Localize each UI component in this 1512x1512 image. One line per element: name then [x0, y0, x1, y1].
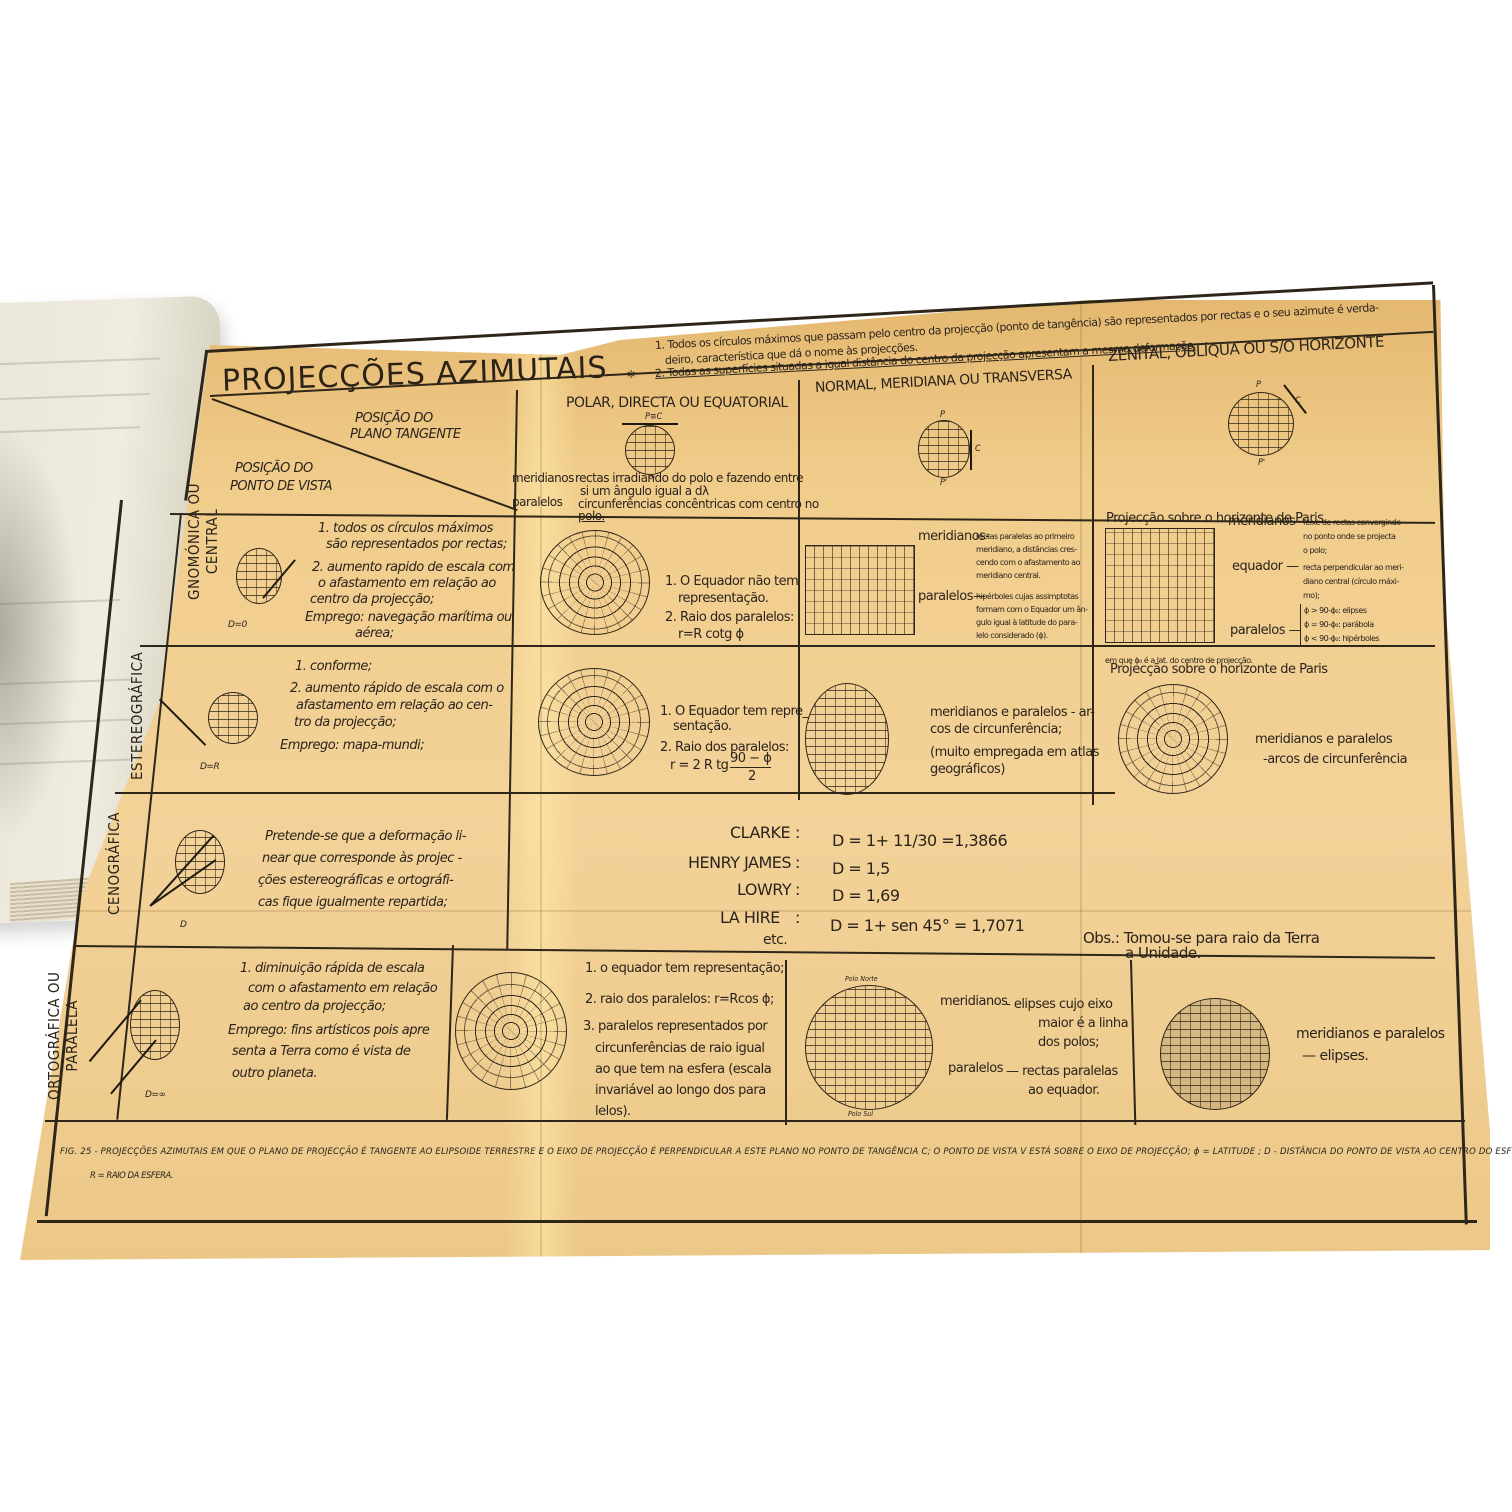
author-name: CLARKE — [730, 824, 790, 842]
note-line: recta perpendicular ao meri- — [1303, 561, 1404, 575]
globe-polar-icon — [625, 425, 675, 475]
tangent-point-label: C — [1295, 396, 1301, 406]
formula-numerator: 90 − ϕ — [730, 752, 771, 768]
pole-label: P' — [940, 478, 947, 488]
note-line: — elipses. — [1296, 1045, 1445, 1067]
gnomonic-zenital-grid — [1105, 528, 1215, 643]
note-line: ϕ < 90-ϕ₀: hipérboles — [1304, 632, 1379, 646]
orthographic-polar-map — [455, 972, 567, 1090]
orthographic-earth-globe — [1160, 998, 1270, 1110]
note-line: cendo com o afastamento ao — [976, 556, 1080, 569]
col-divider — [798, 380, 800, 800]
row-divider — [45, 1120, 1465, 1122]
polar-note: r = 2 R tg — [670, 759, 728, 774]
row-description: aérea; — [355, 627, 394, 642]
row-label-line: CENTRAL — [203, 483, 221, 600]
col-divider — [785, 960, 787, 1125]
pole-label: P' — [1258, 458, 1265, 468]
row-description: senta a Terra como é vista de — [232, 1045, 410, 1060]
author-formula: D = 1,69 — [832, 887, 900, 905]
author-formula: D = 1+ sen 45° = 1,7071 — [830, 917, 1024, 935]
diagram-caption: D=R — [200, 762, 219, 772]
pole-label: P — [940, 410, 945, 420]
asterisk-mark: * — [627, 368, 635, 389]
row-description: 2. aumento rapido de escala com — [312, 561, 515, 576]
polar-note: circunferências de raio igual — [595, 1042, 765, 1057]
paralelos-text: hipérboles cujas assimptotas formam com … — [976, 590, 1088, 642]
author-formula: D = 1+ 11/30 =1,3866 — [832, 832, 1007, 850]
corner-view-label: PONTO DE VISTA — [230, 480, 332, 495]
faded-text-line — [0, 393, 150, 401]
row-description: com o afastamento em relação — [248, 982, 437, 997]
note-line: maior é a linha — [1006, 1014, 1128, 1033]
row-description: Pretende-se que a deformação li- — [265, 830, 466, 845]
normal-notes: meridianos e paralelos - ar- cos de circ… — [930, 704, 1099, 778]
frame-bottom — [37, 1220, 1477, 1223]
row-description: ao centro da projecção; — [243, 1000, 386, 1015]
row-label-gnomonica: GNOMÓNICA OU CENTRAL — [185, 483, 221, 600]
note-line: formam com o Equador um ân- — [976, 603, 1088, 616]
note-line: o polo; — [1303, 544, 1401, 558]
note-line: meridianos e paralelos — [1296, 1023, 1445, 1045]
polar-note: r=R cotg ϕ — [678, 628, 744, 643]
row-description: afastamento em relação ao cen- — [296, 699, 492, 714]
row-label-ortografica: ORTOGRÁFICA OU PARALELA — [45, 972, 81, 1100]
row-description: near que corresponde às projec - — [262, 852, 462, 867]
note-line: hipérboles cujas assimptotas — [976, 590, 1088, 603]
row-description: Emprego: mapa-mundi; — [280, 739, 424, 754]
note-line: - elipses cujo eixo — [1006, 995, 1128, 1014]
note-line: diano central (círculo máxi- — [1303, 575, 1404, 589]
polar-note: 1. O Equador não tem — [665, 575, 798, 590]
note-line: lelo considerado (ϕ). — [976, 629, 1088, 642]
zenital-notes: meridianos e paralelos — elipses. — [1296, 1023, 1445, 1067]
meridianos-text: rectas paralelas ao primeiro meridiano, … — [976, 530, 1080, 582]
diagram-caption: D=0 — [228, 620, 247, 630]
author-formula: D = 1,5 — [832, 860, 890, 878]
stereographic-zenital-map — [1118, 684, 1228, 794]
row-label-line: CENOGRÁFICA — [105, 812, 123, 915]
row-label-estereografica: ESTEREOGRÁFICA — [128, 652, 146, 780]
polar-note: 2. raio dos paralelos: r=Rcos ϕ; — [585, 993, 774, 1008]
fold-crease — [1080, 300, 1082, 1260]
polar-note: representação. — [678, 592, 768, 607]
paralelos-label: paralelos — [948, 1062, 1003, 1077]
meridianos-label: meridianos — [512, 472, 574, 486]
polar-note: invariável ao longo dos para — [595, 1084, 766, 1099]
gnomonic-polar-map — [540, 530, 650, 635]
stereographic-polar-map — [538, 668, 650, 776]
note-line: no ponto onde se projecta — [1303, 530, 1401, 544]
row-description: são representados por rectas; — [326, 538, 507, 553]
row-description: cas fique igualmente repartida; — [258, 896, 447, 911]
scenographic-globe-icon — [175, 830, 225, 894]
row-description: 2. aumento rápido de escala com o — [290, 682, 504, 697]
orthographic-globe-icon — [130, 990, 180, 1060]
globe-zenital-icon — [1228, 392, 1294, 456]
row-description: centro da projecção; — [310, 593, 434, 608]
globe-normal-icon — [918, 420, 970, 478]
paralelos-cases: ϕ > 90-ϕ₀: elipses ϕ = 90-ϕ₀: parábola ϕ… — [1300, 604, 1379, 646]
note-line: feixe de rectas convergindo — [1303, 516, 1401, 530]
zenital-title: Projecção sobre o horizonte de Paris — [1110, 663, 1328, 678]
polar-note: 1. O Equador tem repre_ — [660, 705, 809, 720]
author-name: LA HIRE — [720, 909, 780, 927]
author-name: LOWRY — [737, 881, 791, 899]
row-divider — [115, 792, 1115, 794]
paralelos-text: circunferências concêntricas com centro … — [578, 498, 819, 512]
row-label-line: ESTEREOGRÁFICA — [128, 652, 146, 780]
note-line: -arcos de circunferência — [1255, 750, 1407, 770]
tangent-plane-line — [970, 430, 972, 470]
row-description: outro planeta. — [232, 1067, 317, 1082]
row-description: 1. todos os círculos máximos — [318, 522, 493, 537]
note-line: gulo igual à latitude do para- — [976, 616, 1088, 629]
polar-note: ao que tem na esfera (escala — [595, 1063, 771, 1078]
observation-note: Obs.: Tomou-se para raio da Terra — [1083, 930, 1319, 947]
zenital-notes: meridianos e paralelos -arcos de circunf… — [1255, 730, 1407, 770]
note-line: ao equador. — [1006, 1081, 1118, 1100]
row-label-cenografica: CENOGRÁFICA — [105, 812, 123, 915]
note-line: mo); — [1303, 589, 1404, 603]
globe-label-south: Polo Sul — [848, 1110, 873, 1118]
globe-label-north: Polo Norte — [845, 975, 878, 983]
note-line: meridiano, a distâncias cres- — [976, 543, 1080, 556]
note-line: meridianos e paralelos — [1255, 730, 1407, 750]
paralelos-label: paralelos — [512, 496, 562, 510]
polar-note: sentação. — [673, 720, 732, 735]
note-line: meridiano central. — [976, 569, 1080, 582]
diagram-caption: D=∞ — [145, 1090, 165, 1100]
stereographic-normal-map — [805, 683, 889, 795]
gnomonic-globe-icon — [236, 548, 282, 604]
row-description: 1. conforme; — [295, 660, 372, 675]
row-description: o afastamento em relação ao — [318, 577, 496, 592]
row-description: tro da projecção; — [294, 716, 396, 731]
row-divider — [140, 645, 1435, 647]
note-line: (muito empregada em atlas — [930, 744, 1099, 761]
row-description: ções estereográficas e ortográfi- — [258, 874, 453, 889]
tangent-plane-line — [622, 423, 678, 425]
etc-label: etc. — [763, 932, 787, 948]
fold-crease — [540, 300, 542, 1260]
equador-label: equador — — [1232, 560, 1299, 575]
corner-plane-label: POSIÇÃO DO — [355, 412, 433, 427]
note-line: geográficos) — [930, 761, 1099, 778]
corner-plane-label: PLANO TANGENTE — [350, 428, 461, 443]
note-line: — rectas paralelas — [1006, 1062, 1118, 1081]
paralelos-label: paralelos — — [1230, 624, 1301, 639]
meridianos-text: feixe de rectas convergindo no ponto ond… — [1303, 516, 1401, 558]
row-description: Emprego: navegação marítima ou — [305, 611, 512, 626]
row-label-line: PARALELA — [63, 972, 81, 1100]
note-line: dos polos; — [1006, 1033, 1128, 1052]
pole-label: P — [1256, 380, 1261, 390]
note-line: meridianos e paralelos - ar- — [930, 704, 1099, 721]
author-name: HENRY JAMES — [688, 854, 791, 872]
note-line: cos de circunferência; — [930, 721, 1099, 738]
tangent-point-label: C — [975, 444, 981, 454]
formula-denominator: 2 — [748, 770, 756, 785]
row-label-line: GNOMÓNICA OU — [185, 483, 203, 600]
meridianos-label: meridianos — [940, 995, 1007, 1010]
polar-note: lelos). — [595, 1105, 631, 1120]
note-line: rectas paralelas ao primeiro — [976, 530, 1080, 543]
equador-text: recta perpendicular ao meri- diano centr… — [1303, 561, 1404, 603]
paralelos-text: — rectas paralelas ao equador. — [1006, 1062, 1118, 1100]
meridianos-label: meridianos- — [1228, 515, 1300, 530]
diagram-caption: D — [180, 920, 186, 930]
note-line: ϕ > 90-ϕ₀: elipses — [1304, 604, 1379, 618]
observation-note: a Unidade. — [1125, 945, 1201, 962]
row-description: Emprego: fins artísticos pois apre — [228, 1024, 429, 1039]
stereographic-globe-icon — [208, 692, 258, 744]
corner-view-label: POSIÇÃO DO — [235, 462, 313, 477]
meridianos-text: - elipses cujo eixo maior é a linha dos … — [1006, 995, 1128, 1052]
polar-note: 2. Raio dos paralelos: — [665, 611, 794, 626]
page-shadow — [0, 420, 80, 844]
figure-caption: R = RAIO DA ESFERA. — [90, 1172, 173, 1182]
row-description: 1. diminuição rápida de escala — [240, 962, 424, 977]
row-label-line: ORTOGRÁFICA OU — [45, 972, 63, 1100]
polar-note: 3. paralelos representados por — [583, 1020, 767, 1035]
faded-text-line — [0, 358, 160, 366]
note-line: ϕ = 90-ϕ₀: parábola — [1304, 618, 1379, 632]
orthographic-normal-map — [805, 985, 933, 1110]
gnomonic-normal-grid — [805, 545, 915, 635]
polar-note: 1. o equador tem representação; — [585, 962, 784, 977]
figure-caption: FIG. 25 - PROJECÇÕES AZIMUTAIS EM QUE O … — [60, 1148, 1512, 1158]
pole-label: P≡C — [645, 412, 662, 422]
column-heading-polar: POLAR, DIRECTA OU EQUATORIAL — [566, 395, 788, 411]
